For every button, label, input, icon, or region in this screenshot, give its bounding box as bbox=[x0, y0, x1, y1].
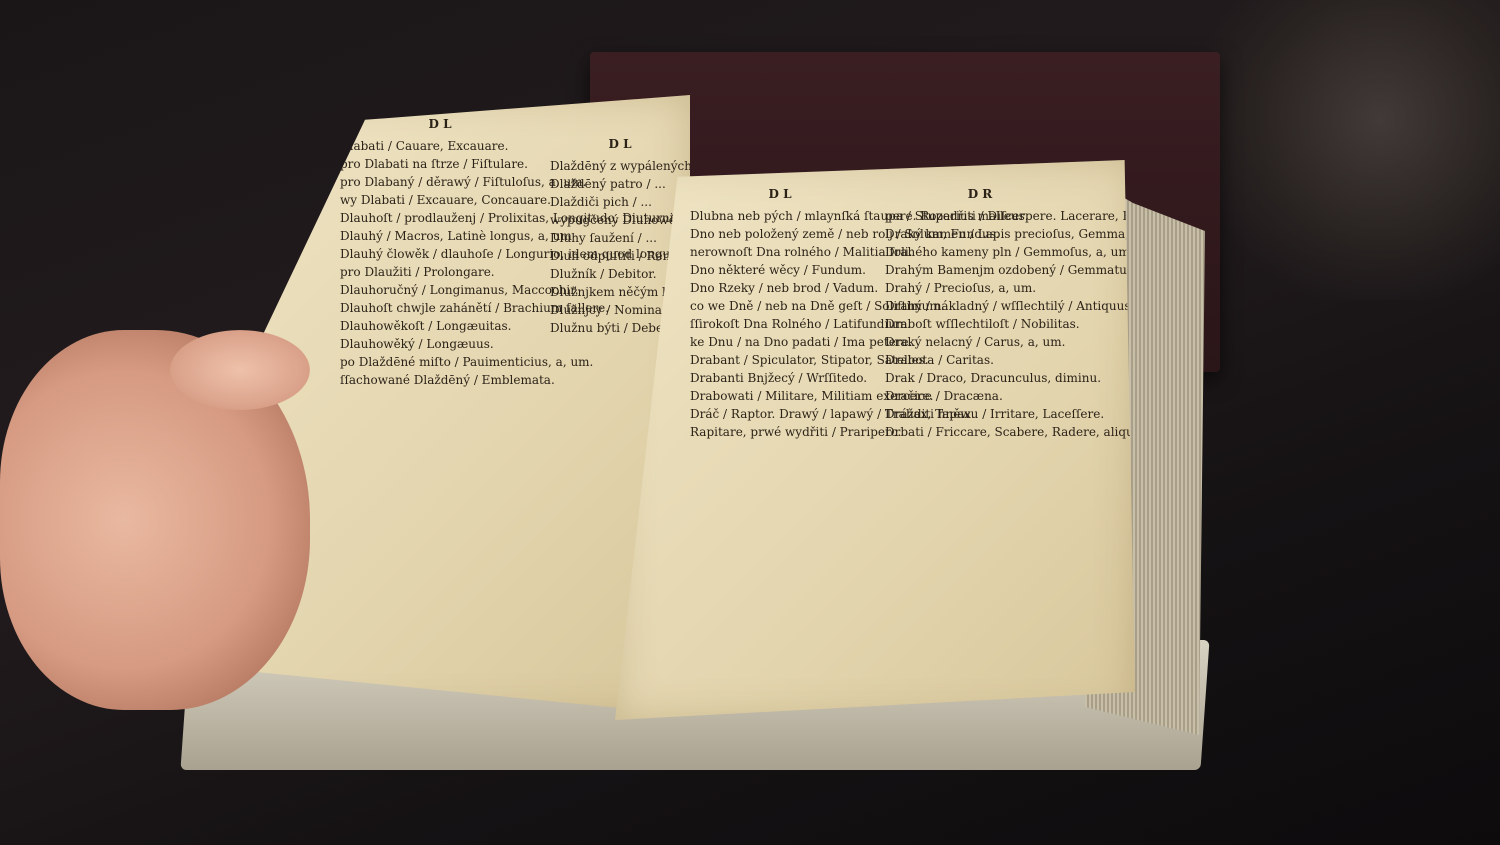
entry: Draboſt wſſlechtiloſt / Nobilitas. bbox=[885, 315, 1075, 333]
entry: Dračice / Dracæna. bbox=[885, 387, 1075, 405]
entry: pro Dlaužiti / Prolongare. bbox=[340, 263, 540, 281]
entry: Dno Rzeky / neb brod / Vadum. bbox=[690, 279, 870, 297]
entry: Draký nelacný / Carus, a, um. bbox=[885, 333, 1075, 351]
entry: Dlauhoſt chwjle zahánětí / Brachium fall… bbox=[340, 299, 540, 317]
entry: Dlaždiči pich / ... bbox=[550, 193, 690, 211]
entry: nerownoſt Dna rolného / Malitia ſoli. bbox=[690, 243, 870, 261]
entry: wypugčený Dluhowé / ... bbox=[550, 211, 690, 229]
entry: Dno neb položený země / neb rolj / Solum… bbox=[690, 225, 870, 243]
entry: po Dlaždēné miſto / Pauimenticius, a, um… bbox=[340, 353, 540, 371]
entry: pere. Rozedřiti / Diſcerpere. Lacerare, … bbox=[885, 207, 1075, 225]
entry: Dlauhowěký / Longæuus. bbox=[340, 335, 540, 353]
entry: ſſirokoſt Dna Rolného / Latifundium. bbox=[690, 315, 870, 333]
page-header: D L bbox=[550, 135, 690, 153]
entry: Drahý / Precioſus, a, um. bbox=[885, 279, 1075, 297]
entry: Dlauhowěkoſt / Longæuitas. bbox=[340, 317, 540, 335]
entry: Dlauhoſt / prodlauženj / Prolixitas, Lon… bbox=[340, 209, 540, 227]
right-page-right-column: D R pere. Rozedřiti / Diſcerpere. Lacera… bbox=[885, 185, 1075, 441]
entry: Dráč / Raptor. Drawý / lapawý / Trahax, … bbox=[690, 405, 870, 423]
entry: Dlaždēný patro / ... bbox=[550, 175, 690, 193]
entry: Dluhy ſaužení / ... bbox=[550, 229, 690, 247]
entry: Drabowati / Militare, Militiam exercere. bbox=[690, 387, 870, 405]
entry: Drahý / nákladný / wſſlechtilý / Antiquu… bbox=[885, 297, 1075, 315]
entry: Dlabati / Cauare, Excauare. bbox=[340, 137, 540, 155]
entry: pro Dlabaný / děrawý / Fiſtuloſus, a, um… bbox=[340, 173, 540, 191]
window-reflection bbox=[1200, 0, 1500, 300]
entry: Rapitare, prwé wydřiti / Prariperc. bbox=[690, 423, 870, 441]
entry: Drabant / Spiculator, Stipator, Satelles… bbox=[690, 351, 870, 369]
entry: Drabanti Bnjžecý / Wrſſitedo. bbox=[690, 369, 870, 387]
page-header: D R bbox=[885, 185, 1075, 203]
entry: Drahým Bamenjm ozdobený / Gemmatus, a, u… bbox=[885, 261, 1075, 279]
entry: Drbati / Friccare, Scabere, Radere, aliq… bbox=[885, 423, 1075, 441]
entry: Dno některé wěcy / Fundum. bbox=[690, 261, 870, 279]
entry: co we Dně / neb na Dně geſt / Soliſtimum… bbox=[690, 297, 870, 315]
entry: Drahého kameny pln / Gemmoſus, a, um. bbox=[885, 243, 1075, 261]
right-page-left-column: D L Dlubna neb pých / mlaynſká ſtaupa / … bbox=[690, 185, 870, 441]
right-page: D L Dlubna neb pých / mlaynſká ſtaupa / … bbox=[615, 160, 1135, 720]
page-header: D L bbox=[340, 115, 540, 133]
entry: pro Dlabati na ſtrze / Fiſtulare. bbox=[340, 155, 540, 173]
entry: Dlubna neb pých / mlaynſká ſtaupa / Stup… bbox=[690, 207, 870, 225]
entry: ke Dnu / na Dno padati / Ima petere. bbox=[690, 333, 870, 351]
entry: Dlaždēný z wypálených... bbox=[550, 157, 690, 175]
entry: Dlauhoručný / Longimanus, Maccochir. bbox=[340, 281, 540, 299]
entry: ſſachowané Dlaždēný / Emblemata. bbox=[340, 371, 540, 389]
left-page-column: D L Dlabati / Cauare, Excauare. pro Dlab… bbox=[340, 115, 540, 389]
entry: Drážditi hněwu / Irritare, Laceſſere. bbox=[885, 405, 1075, 423]
entry: Dlauhý / Macros, Latinè longus, a, um bbox=[340, 227, 540, 245]
entry: Draký kamen / Lapis precioſus, Gemma, Ge… bbox=[885, 225, 1075, 243]
thumb bbox=[170, 330, 310, 410]
page-header: D L bbox=[690, 185, 870, 203]
entry: Dlauhý člowěk / dlauhoſe / Longurio, ide… bbox=[340, 245, 540, 263]
entry: Drabota / Caritas. bbox=[885, 351, 1075, 369]
entry: wy Dlabati / Excauare, Concauare. bbox=[340, 191, 540, 209]
entry: Drak / Draco, Dracunculus, diminu. bbox=[885, 369, 1075, 387]
